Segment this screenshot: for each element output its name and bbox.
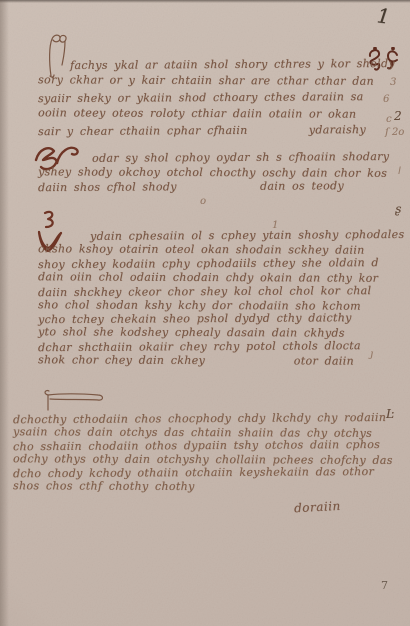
margin-mark: ǀ xyxy=(398,166,401,177)
text-line: shok chor chey dain ckhey otor daiin xyxy=(38,353,398,368)
line-trailing-word: otor daiin xyxy=(294,354,354,368)
paragraph-3: ydain cphesaiin ol s cphey ytain shoshy … xyxy=(38,229,398,368)
margin-mark: 3 xyxy=(390,77,396,88)
margin-mark: 2 xyxy=(394,109,402,123)
line-trailing-word: dain os teody xyxy=(260,179,344,194)
text-line: ooiin oteey oteos roloty cthiar daiin ot… xyxy=(38,105,396,123)
line-left-segment: daiin shos cfhol shody xyxy=(38,180,177,195)
margin-mark: o xyxy=(200,196,206,207)
standalone-closing-word: doraiin xyxy=(294,499,341,515)
folio-number: 1 xyxy=(376,3,392,28)
line-left-segment: sair y chear cthaiin cphar cfhaiin xyxy=(38,122,248,140)
margin-mark: 1 xyxy=(272,220,278,231)
text-line: cho sshaiin chodaiin othos dypaiin tshy … xyxy=(13,438,395,454)
paragraph-2: odar sy shol cphoy oydar sh s cfhoaiin s… xyxy=(38,151,390,195)
page-number: 7 xyxy=(381,579,388,592)
paragraph-4: dchocthy cthodaiin chos chocphody chdy l… xyxy=(13,412,395,493)
text-line: odar sy shol cphoy oydar sh s cfhoaiin s… xyxy=(38,150,390,167)
manuscript-page: { "page": { "folio_number": "1", "page_n… xyxy=(0,0,410,626)
paragraph-1: fachys ykal ar ataiin shol shory cthres … xyxy=(38,57,396,139)
text-line: shos chos cthf chothy chothy xyxy=(13,479,395,494)
margin-mark: ſ 2o xyxy=(385,127,404,138)
text-line: dcho chody kchody othaiin otchaiin keysh… xyxy=(13,465,395,481)
text-line: sair y chear cthaiin cphar cfhaiin ydara… xyxy=(38,122,396,141)
text-line: dchocthy cthodaiin chos chocphody chdy l… xyxy=(13,411,395,427)
margin-mark: Ŀ xyxy=(386,407,394,421)
text-line: daiin shos cfhol shody dain os teody xyxy=(38,179,390,196)
margin-mark: ȷ xyxy=(370,349,373,360)
text-line: sory ckhar or y kair chtaiin shar are ct… xyxy=(38,73,396,91)
line-left-segment: shok chor chey dain ckhey xyxy=(38,353,205,368)
text-line: dain oiin chol odaiin chodain chdy okain… xyxy=(38,270,398,285)
margin-mark: 6 xyxy=(383,94,389,105)
text-line: shoy ckhey kodaiin cphy cphodaiils cthey… xyxy=(38,256,398,272)
text-line: daiin shckhey ckeor chor shey kol chol c… xyxy=(38,284,398,300)
line-trailing-word: ydaraishy xyxy=(309,122,366,139)
gallows-flourish-initial-icon xyxy=(41,388,109,412)
margin-mark: c xyxy=(386,114,392,125)
margin-mark: ʂ xyxy=(395,202,401,216)
